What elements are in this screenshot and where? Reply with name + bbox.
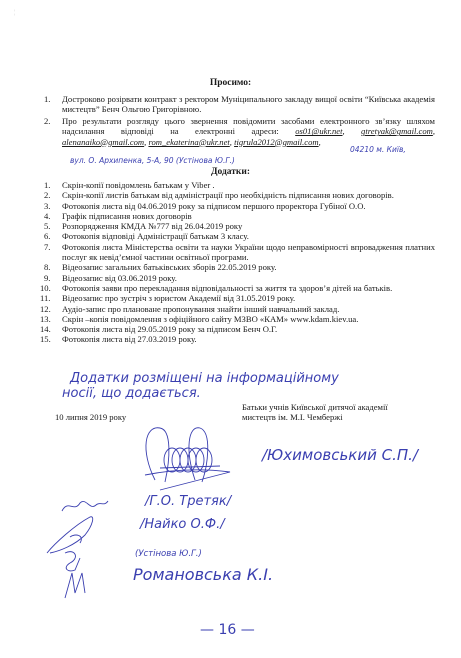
email-link[interactable]: os01@ukr.net [295, 126, 342, 136]
page-number: — 16 — [200, 622, 255, 638]
request-text: Достроково розірвати контракт з ректором… [62, 94, 435, 114]
email-link[interactable]: rom_ekaterina@ukr.net [148, 137, 229, 147]
signature-scribble-icon [60, 548, 90, 603]
attachment-item: 7.Фотокопія листа Міністерства освіти та… [40, 242, 435, 263]
scan-artifact: ¦ [14, 10, 15, 16]
email-link[interactable]: gtretyak@gmail.com [361, 126, 433, 136]
signature-name-2: /Г.О. Третяк/ [145, 494, 231, 509]
attachment-item: 15.Фотокопія листа від 27.03.2019 року. [40, 334, 435, 344]
attachment-item: 1.Скрін-копії повідомлень батькам у Vibe… [40, 180, 435, 190]
request-item: 2. Про результати розгляду цього звернен… [40, 116, 435, 147]
signature-name-4: (Устінова Ю.Г.) [135, 549, 202, 559]
attachment-item: 14.Фотокопія листа від 29.05.2019 року з… [40, 324, 435, 334]
handwritten-address-line1: 04210 м. Київ, [350, 145, 406, 154]
attachment-item: 3.Фотокопія листа від 04.06.2019 року за… [40, 201, 435, 211]
email-link[interactable]: alenanaiko@gmail.com [62, 137, 144, 147]
attachment-item: 2.Скрін-копії листів батькам від адмініс… [40, 190, 435, 200]
signature-name-3: /Найко О.Ф./ [140, 517, 225, 532]
signature-scribble-icon [140, 420, 250, 500]
attachment-item: 4.Графік підписання нових договорів [40, 211, 435, 221]
attachment-item: 10.Фотокопія заяви про перекладання відп… [40, 283, 435, 293]
scanned-document-page: ¦ Просимо: 1. Достроково розірвати контр… [0, 0, 461, 658]
attachment-item: 6.Фотокопія відповіді Адміністрації бать… [40, 231, 435, 241]
email-link[interactable]: tigrula2012@gmail.com [234, 137, 319, 147]
request-list: 1. Достроково розірвати контракт з ректо… [40, 94, 435, 147]
handwritten-address-line2: вул. О. Архипенка, 5-А, 90 (Устінова Ю.Г… [70, 156, 235, 165]
document-date: 10 липня 2019 року [55, 412, 126, 422]
request-heading: Просимо: [0, 78, 461, 88]
signatory-block: Батьки учнів Київської дитячої академії … [242, 402, 388, 423]
signature-scribble-icon [60, 497, 110, 517]
handwritten-note-line1: Додатки розміщені на інформаційному [70, 371, 339, 386]
attachments-heading: Додатки: [0, 167, 461, 177]
signature-name-5: Романовська К.І. [133, 565, 273, 584]
request-item: 1. Достроково розірвати контракт з ректо… [40, 94, 435, 115]
attachment-item: 5.Розпорядження КМДА №777 від 26.04.2019… [40, 221, 435, 231]
signatory-line2: мистецтв ім. М.І. Чембержі [242, 412, 388, 422]
attachment-item: 13.Скрін –копія повідомлення з офіційног… [40, 314, 435, 324]
handwritten-note-line2: носії, що додається. [62, 386, 201, 401]
signatory-line1: Батьки учнів Київської дитячої академії [242, 402, 388, 412]
attachment-item: 8.Відеозапис загальних батьківських збор… [40, 262, 435, 272]
signature-name-1: /Юхимовський С.П./ [262, 446, 418, 464]
attachment-item: 9.Відеозапис від 03.06.2019 року. [40, 273, 435, 283]
attachment-item: 11.Відеозапис про зустріч з юристом Акад… [40, 293, 435, 303]
attachments-list: 1.Скрін-копії повідомлень батькам у Vibe… [40, 180, 435, 345]
attachment-item: 12.Аудіо-запис про плановане пропонуванн… [40, 304, 435, 314]
